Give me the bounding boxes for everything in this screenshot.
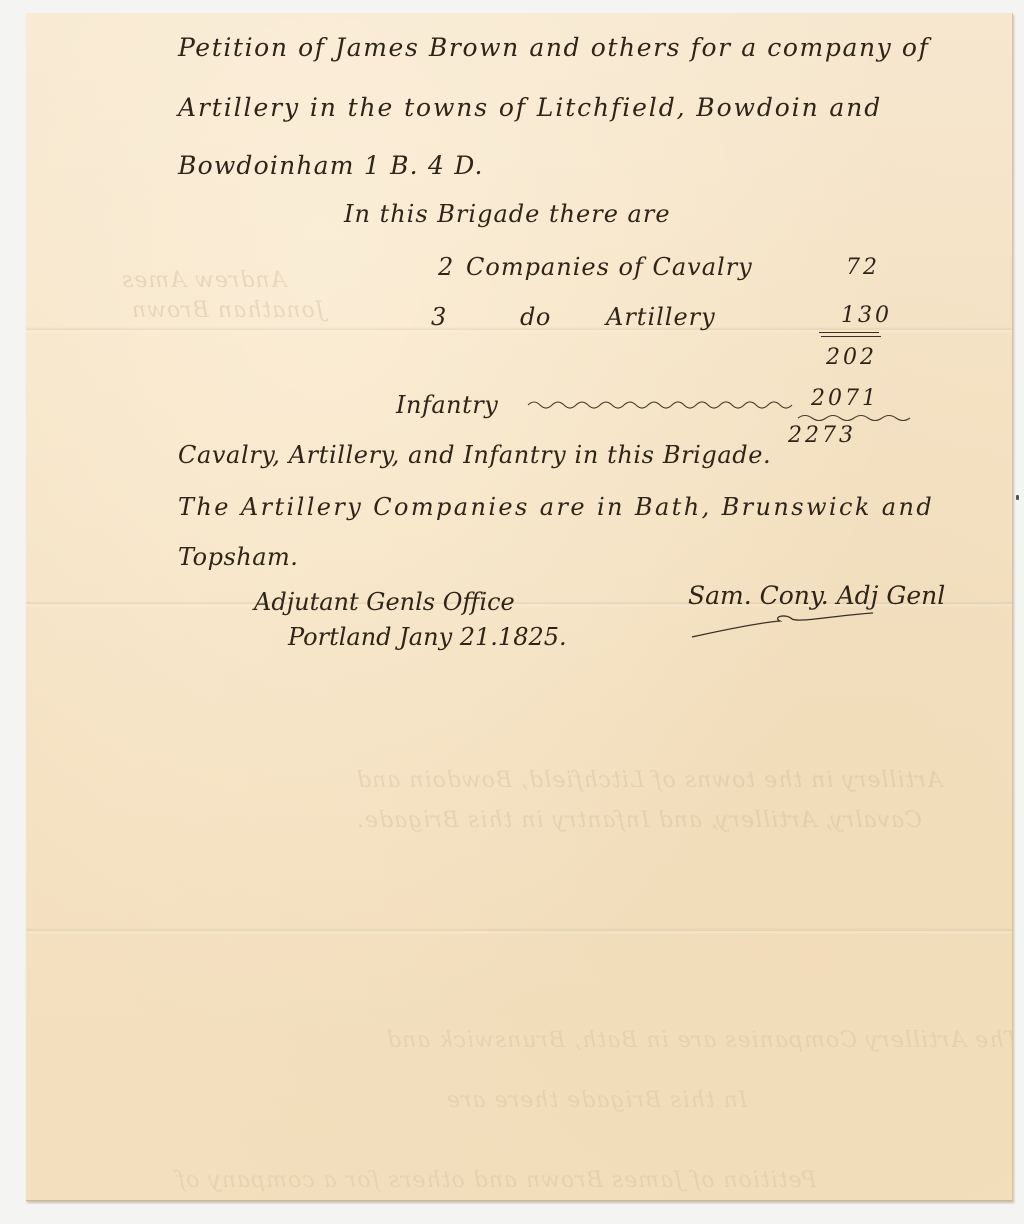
bleed-through-text: In this Brigade there are xyxy=(446,1088,747,1113)
cavalry-label: Companies of Cavalry xyxy=(466,253,753,281)
signature: Sam. Cony. Adj Genl xyxy=(688,581,945,610)
subtotal-value: 202 xyxy=(826,345,877,370)
sum-rule-bottom xyxy=(821,336,881,337)
total-underline-flourish xyxy=(796,413,916,423)
bleed-through-text: Artillery in the towns of Litchfield, Bo… xyxy=(356,768,943,793)
cavalry-count: 2 xyxy=(438,253,454,281)
infantry-value: 2071 xyxy=(811,386,879,411)
heading-line-1: Petition of James Brown and others for a… xyxy=(178,33,929,62)
location-line-2: Topsham. xyxy=(178,543,298,571)
office-name: Adjutant Genls Office xyxy=(254,588,515,616)
artillery-value: 130 xyxy=(841,303,892,328)
bleed-through-text: The Artillery Companies are in Bath, Bru… xyxy=(386,1028,1013,1053)
fold-line-3 xyxy=(26,928,1012,934)
grand-total-value: 2273 xyxy=(788,423,856,448)
scan-background: Andrew Ames Jonathan Brown Artillery in … xyxy=(0,0,1024,1224)
bleed-through-text: Andrew Ames xyxy=(121,268,287,293)
total-caption: Cavalry, Artillery, and Infantry in this… xyxy=(178,441,771,469)
artillery-label: Artillery xyxy=(606,303,716,331)
bleed-through-text: Petition of James Brown and others for a… xyxy=(176,1168,816,1193)
artillery-ditto: do xyxy=(520,303,551,331)
bleed-through-text: Cavalry, Artillery, and Infantry in this… xyxy=(356,808,922,833)
location-line-1: The Artillery Companies are in Bath, Bru… xyxy=(178,493,934,521)
leader-flourish xyxy=(526,397,806,411)
heading-line-3: Bowdoinham 1 B. 4 D. xyxy=(178,151,484,180)
infantry-label: Infantry xyxy=(396,391,498,419)
manuscript-page: Andrew Ames Jonathan Brown Artillery in … xyxy=(26,13,1013,1201)
sum-rule-top xyxy=(819,332,879,333)
bleed-through-text: Jonathan Brown xyxy=(131,298,325,323)
artillery-count: 3 xyxy=(431,303,447,331)
brigade-intro: In this Brigade there are xyxy=(344,200,671,228)
scan-edge-mark xyxy=(1016,495,1019,500)
heading-line-2: Artillery in the towns of Litchfield, Bo… xyxy=(178,93,882,122)
signature-flourish xyxy=(688,611,878,641)
office-date: Portland Jany 21.1825. xyxy=(288,623,567,651)
cavalry-value: 72 xyxy=(846,255,880,280)
